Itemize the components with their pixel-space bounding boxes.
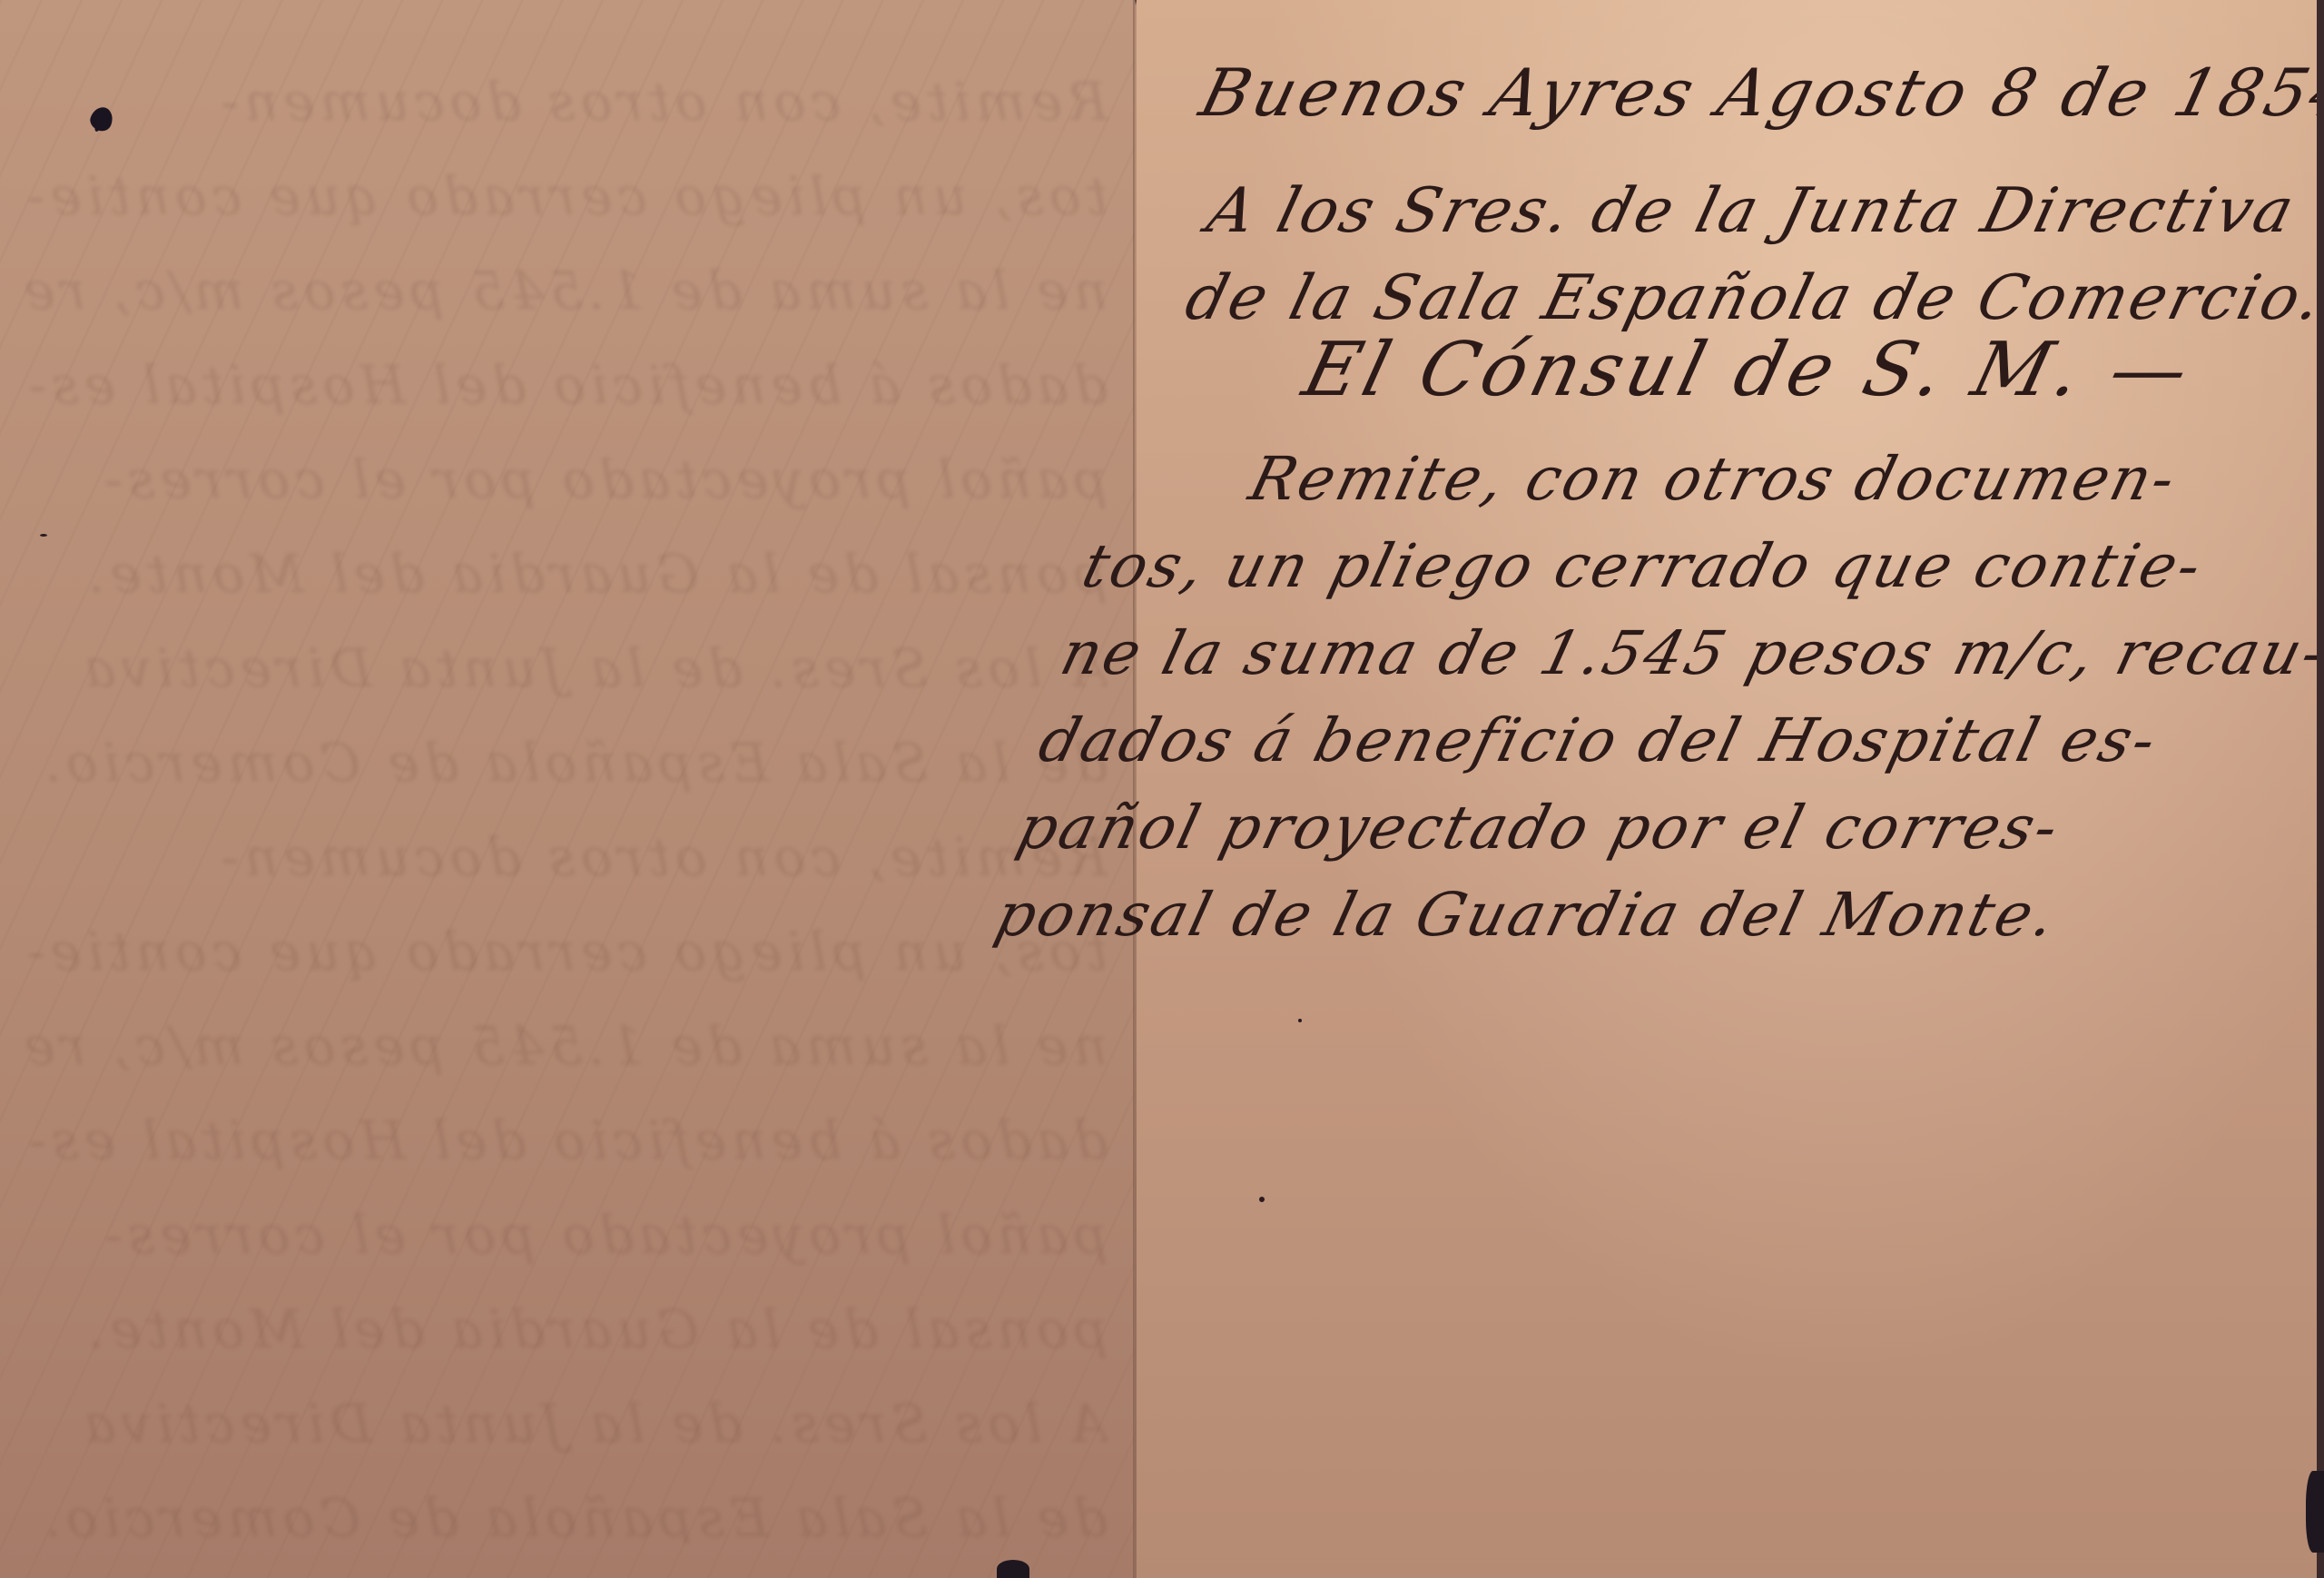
bleed-line: Remite, con otros documen-: [18, 54, 1108, 149]
bleed-line: ne la suma de 1.545 pesos m/c, recau-: [18, 243, 1108, 338]
ink-bleed-through: Remite, con otros documen- tos, un plieg…: [18, 54, 1108, 1543]
bleed-line: pañol proyectado por el corres-: [18, 432, 1108, 527]
body-line: dados á beneficio del Hospital es-: [1030, 697, 2316, 784]
bleed-line: A los Sres. de la Junta Directiva: [18, 1376, 1108, 1471]
body-line: ne la suma de 1.545 pesos m/c, recau-: [1051, 610, 2324, 697]
body-line: tos, un pliego cerrado que contie-: [1073, 523, 2324, 610]
body-line: ponsal de la Guardia del Monte.: [987, 872, 2272, 959]
ink-speck: [1298, 1019, 1302, 1022]
address-line: A los Sres. de la Junta Directiva: [1198, 168, 2324, 255]
body-line: pañol proyectado por el corres-: [1009, 784, 2294, 872]
letter-sender: El Cónsul de S. M. —: [1295, 327, 2202, 413]
bleed-line: ponsal de la Guardia del Monte.: [18, 527, 1108, 621]
document-spread: Remite, con otros documen- tos, un plieg…: [0, 0, 2324, 1578]
bleed-line: de la Sala Española de Comercio.: [18, 715, 1108, 810]
bleed-line: dados á beneficio del Hospital es-: [18, 338, 1108, 432]
right-edge-tear: [2306, 1471, 2324, 1553]
letter-body: Remite, con otros documen- tos, un plieg…: [987, 436, 2324, 959]
bleed-line: ponsal de la Guardia del Monte.: [18, 1282, 1108, 1376]
bleed-line: pañol proyectado por el corres-: [18, 1188, 1108, 1282]
ink-speck: [1259, 1197, 1265, 1202]
bleed-line: tos, un pliego cerrado que contie-: [18, 149, 1108, 243]
bottom-edge-tear: [997, 1560, 1029, 1578]
bleed-line: dados á beneficio del Hospital es-: [18, 1093, 1108, 1188]
right-background-edge: [2317, 0, 2324, 1578]
body-line: Remite, con otros documen-: [1095, 436, 2324, 523]
bleed-line: ne la suma de 1.545 pesos m/c, recau-: [18, 999, 1108, 1093]
bleed-line: Remite, con otros documen-: [18, 810, 1108, 904]
bleed-line: A los Sres. de la Junta Directiva: [18, 621, 1108, 715]
letter-dateline: Buenos Ayres Agosto 8 de 1854.: [1193, 54, 2324, 131]
left-page: Remite, con otros documen- tos, un plieg…: [0, 0, 1135, 1578]
ink-speck: [40, 534, 47, 537]
bleed-line: tos, un pliego cerrado que contie-: [18, 904, 1108, 999]
letter-address: A los Sres. de la Junta Directiva de la …: [1177, 168, 2324, 342]
bleed-line: de la Sala Española de Comercio.: [18, 1471, 1108, 1543]
